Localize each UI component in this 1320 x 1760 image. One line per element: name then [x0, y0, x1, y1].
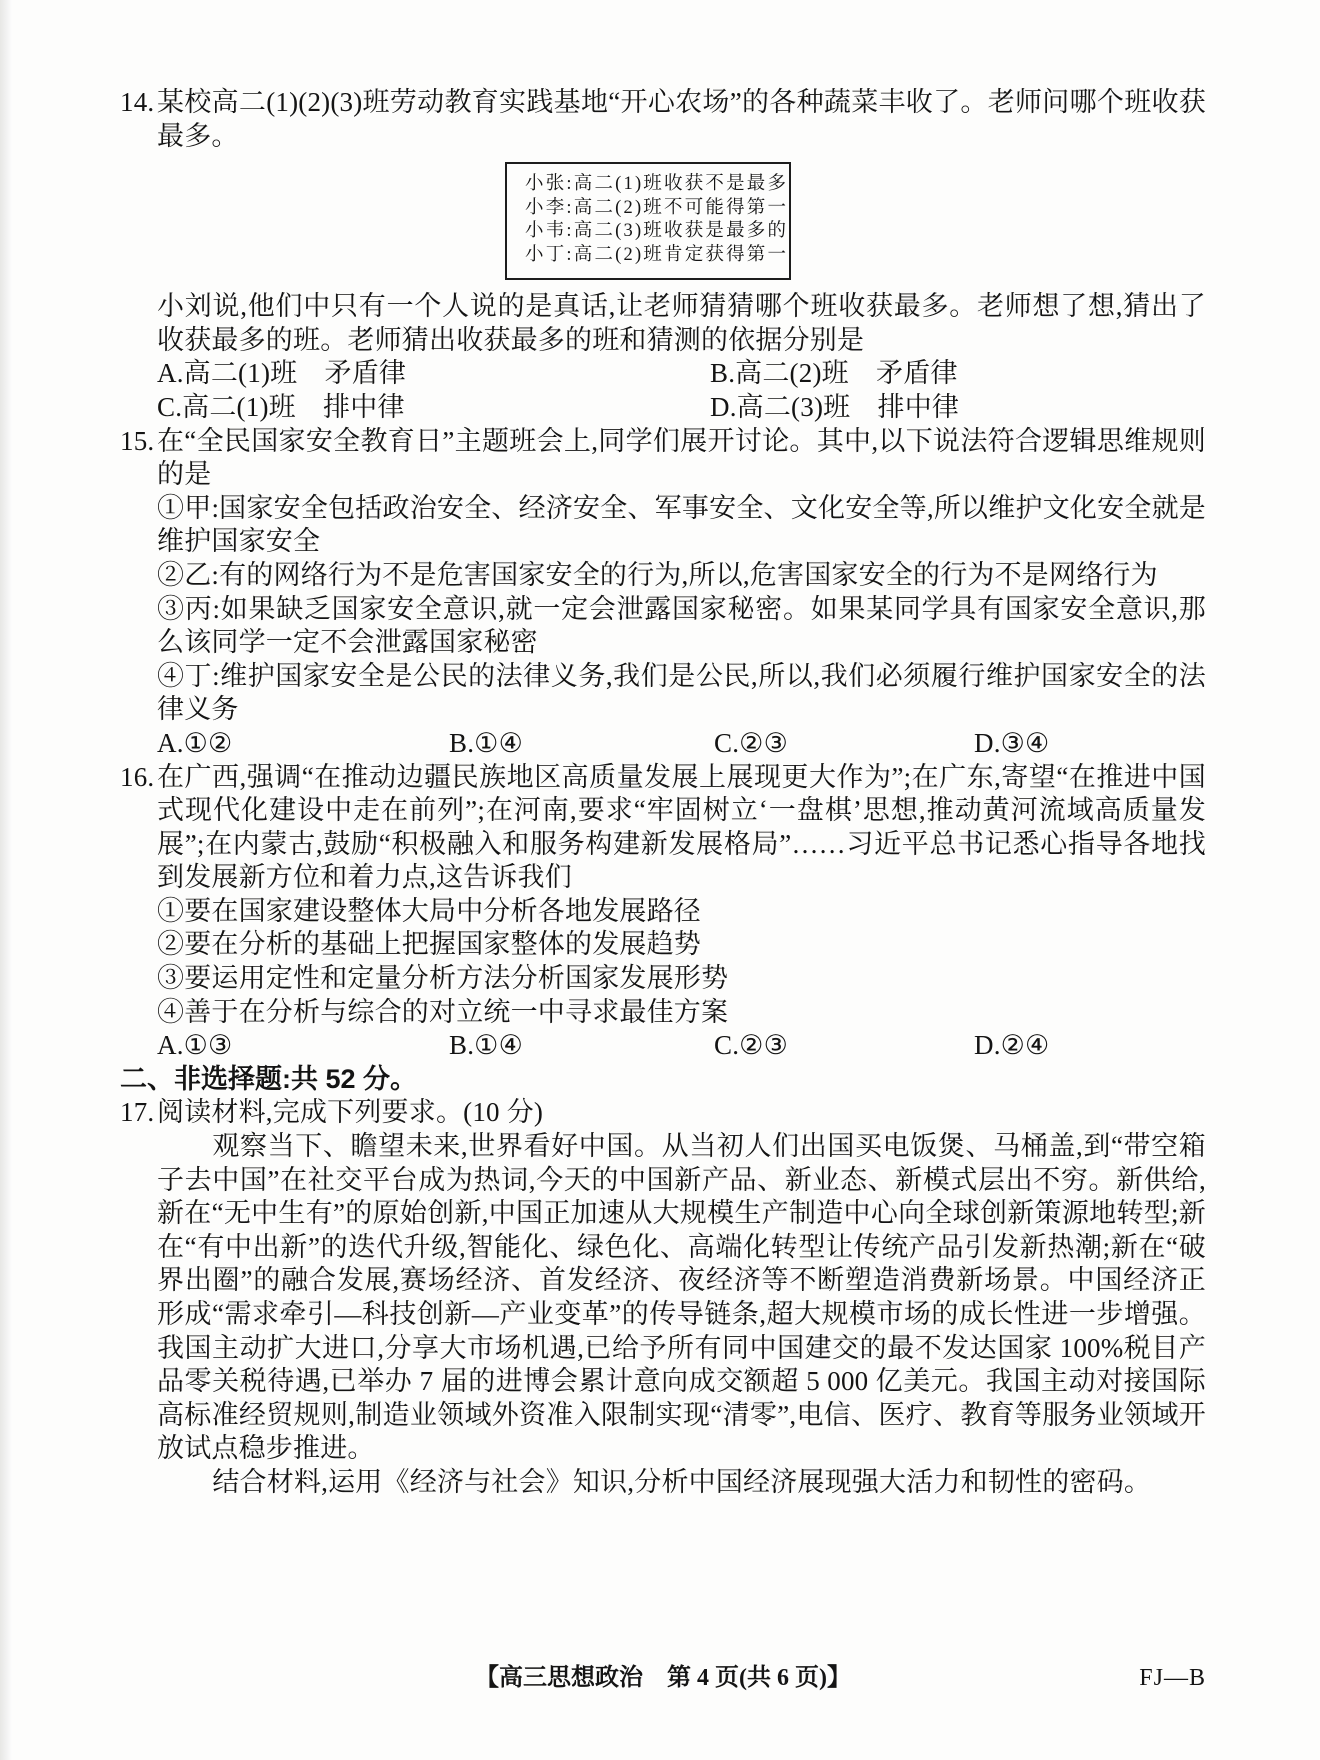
option-c: C.高二(1)班 排中律	[157, 391, 710, 425]
option-d: D.高二(3)班 排中律	[710, 391, 1206, 425]
question-14-stem: 某校高二(1)(2)(3)班劳动教育实践基地“开心农场”的各种蔬菜丰收了。老师问…	[157, 86, 1206, 153]
question-17-material: 观察当下、瞻望未来,世界看好中国。从当初人们出国买电饭煲、马桶盖,到“带空箱子去…	[157, 1130, 1206, 1466]
statement-line: 小李:高二(2)班不可能得第一	[525, 197, 777, 221]
question-17-number: 17.	[120, 1096, 157, 1130]
question-17: 17. 阅读材料,完成下列要求。(10 分) 观察当下、瞻望未来,世界看好中国。…	[120, 1096, 1206, 1499]
option-d: D.②④	[974, 1029, 1206, 1063]
question-14-options: A.高二(1)班 矛盾律 B.高二(2)班 矛盾律 C.高二(1)班 排中律 D…	[157, 357, 1206, 424]
question-16-number: 16.	[120, 761, 157, 795]
question-16-item-4: ④善于在分析与综合的对立统一中寻求最佳方案	[157, 996, 1206, 1030]
option-c: C.②③	[714, 727, 974, 761]
statement-line: 小韦:高二(3)班收获是最多的	[525, 220, 777, 244]
question-16-item-3: ③要运用定性和定量分析方法分析国家发展形势	[157, 962, 1206, 996]
question-16-item-1: ①要在国家建设整体大局中分析各地发展路径	[157, 895, 1206, 929]
question-17-stem: 阅读材料,完成下列要求。(10 分)	[157, 1096, 1206, 1130]
question-15-item-4: ④丁:维护国家安全是公民的法律义务,我们是公民,所以,我们必须履行维护国家安全的…	[157, 660, 1206, 727]
option-a: A.高二(1)班 矛盾律	[157, 357, 710, 391]
question-15-number: 15.	[120, 425, 157, 459]
option-b: B.高二(2)班 矛盾律	[710, 357, 1206, 391]
option-c: C.②③	[714, 1029, 974, 1063]
footer-page-label: 【高三思想政治 第 4 页(共 6 页)】	[120, 1660, 1206, 1696]
option-b: B.①④	[449, 1029, 714, 1063]
page-content: 14. 某校高二(1)(2)(3)班劳动教育实践基地“开心农场”的各种蔬菜丰收了…	[120, 86, 1206, 1500]
question-14: 14. 某校高二(1)(2)(3)班劳动教育实践基地“开心农场”的各种蔬菜丰收了…	[120, 86, 1206, 425]
question-17-task: 结合材料,运用《经济与社会》知识,分析中国经济展现强大活力和韧性的密码。	[157, 1466, 1206, 1500]
question-15-item-1: ①甲:国家安全包括政治安全、经济安全、军事安全、文化安全等,所以维护文化安全就是…	[157, 492, 1206, 559]
exam-paper-page: 14. 某校高二(1)(2)(3)班劳动教育实践基地“开心农场”的各种蔬菜丰收了…	[0, 0, 1320, 1760]
footer-paper-code: FJ—B	[1139, 1660, 1206, 1696]
question-15-item-3: ③丙:如果缺乏国家安全意识,就一定会泄露国家秘密。如果某同学具有国家安全意识,那…	[157, 593, 1206, 660]
option-d: D.③④	[974, 727, 1206, 761]
question-16-stem: 在广西,强调“在推动边疆民族地区高质量发展上展现更大作为”;在广东,寄望“在推进…	[157, 761, 1206, 895]
question-14-number: 14.	[120, 86, 157, 120]
section-2-heading: 二、非选择题:共 52 分。	[120, 1063, 1206, 1097]
question-15-item-2: ②乙:有的网络行为不是危害国家安全的行为,所以,危害国家安全的行为不是网络行为	[157, 559, 1206, 593]
option-a: A.①②	[157, 727, 449, 761]
question-14-statement-box: 小张:高二(1)班收获不是最多 小李:高二(2)班不可能得第一 小韦:高二(3)…	[505, 162, 791, 280]
question-16-item-2: ②要在分析的基础上把握国家整体的发展趋势	[157, 928, 1206, 962]
option-a: A.①③	[157, 1029, 449, 1063]
statement-line: 小张:高二(1)班收获不是最多	[525, 173, 777, 197]
option-b: B.①④	[449, 727, 714, 761]
question-16: 16. 在广西,强调“在推动边疆民族地区高质量发展上展现更大作为”;在广东,寄望…	[120, 761, 1206, 1063]
question-15-stem: 在“全民国家安全教育日”主题班会上,同学们展开讨论。其中,以下说法符合逻辑思维规…	[157, 425, 1206, 492]
question-15-options: A.①② B.①④ C.②③ D.③④	[157, 727, 1206, 761]
page-footer: 【高三思想政治 第 4 页(共 6 页)】 FJ—B	[120, 1660, 1206, 1696]
question-16-options: A.①③ B.①④ C.②③ D.②④	[157, 1029, 1206, 1063]
question-15: 15. 在“全民国家安全教育日”主题班会上,同学们展开讨论。其中,以下说法符合逻…	[120, 425, 1206, 761]
statement-line: 小丁:高二(2)班肯定获得第一	[525, 244, 777, 268]
question-14-followup: 小刘说,他们中只有一个人说的是真话,让老师猜猜哪个班收获最多。老师想了想,猜出了…	[157, 290, 1206, 357]
